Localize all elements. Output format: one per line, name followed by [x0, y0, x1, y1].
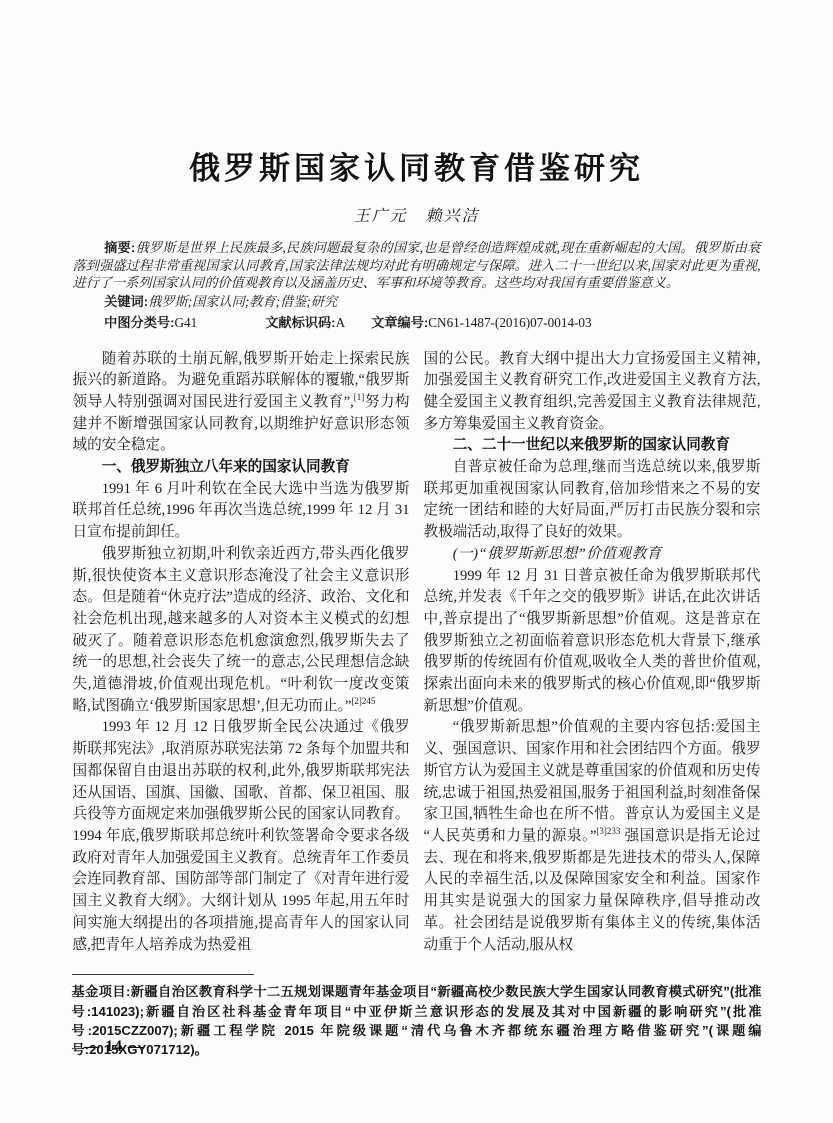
- funding-text: 新疆自治区教育科学十二五规划课题青年基金项目“新疆高校少数民族大学生国家认同教育…: [72, 984, 762, 1057]
- paragraph: 1991 年 6 月叶利钦在全民大选中当选为俄罗斯联邦首任总统,1996 年再次…: [73, 479, 410, 544]
- doccode-label: 文献标识码:: [265, 315, 335, 330]
- footnote-rule: [72, 974, 254, 975]
- paragraph: 1993 年 12 月 12 日俄罗斯全民公决通过《俄罗斯联邦宪法》,取消原苏联…: [73, 717, 410, 956]
- citation-superscript: [2]245: [351, 696, 375, 706]
- page-number: — 14 —: [84, 1038, 144, 1056]
- keywords-text: 俄罗斯;国家认同;教育;借鉴;研究: [148, 294, 337, 309]
- citation-superscript: [3]233: [596, 826, 620, 836]
- abstract: 摘要:俄罗斯是世界上民族最多,民族问题最复杂的国家,也是曾经创造辉煌成就,现在重…: [73, 239, 761, 292]
- subsection-heading: (一)“俄罗斯新思想”价值观教育: [424, 544, 761, 566]
- section-heading: 一、俄罗斯独立八年来的国家认同教育: [73, 457, 410, 479]
- articleid-value: CN61-1487-(2016)07-0014-03: [428, 315, 591, 330]
- paragraph: 1999 年 12 月 31 日普京被任命为俄罗斯联邦代总统,并发表《千年之交的…: [424, 566, 761, 718]
- paragraph: 自普京被任命为总理,继而当选总统以来,俄罗斯联邦更加重视国家认同教育,倍加珍惜来…: [424, 457, 761, 544]
- keywords-label: 关键词:: [104, 294, 148, 309]
- articleid-label: 文章编号:: [371, 315, 428, 330]
- paragraph: “俄罗斯新思想”价值观的主要内容包括:爱国主义、强国意识、国家作用和社会团结四个…: [424, 717, 761, 956]
- keywords: 关键词:俄罗斯;国家认同;教育;借鉴;研究: [73, 293, 761, 311]
- article-title: 俄罗斯国家认同教育借鉴研究: [0, 0, 833, 188]
- abstract-label: 摘要:: [104, 240, 135, 255]
- two-column-body: 随着苏联的土崩瓦解,俄罗斯开始走上探索民族振兴的新道路。为避免重蹈苏联解体的覆辙…: [73, 349, 761, 957]
- section-heading: 二、二十一世纪以来俄罗斯的国家认同教育: [424, 435, 761, 457]
- paragraph: 国的公民。教育大纲中提出大力宣扬爱国主义精神,加强爱国主义教育研究工作,改进爱国…: [424, 349, 761, 436]
- funding-label: 基金项目:: [72, 984, 131, 999]
- clc-label: 中图分类号:: [104, 315, 174, 330]
- paragraph: 俄罗斯独立初期,叶利钦亲近西方,带头西化俄罗斯,很快使资本主义意识形态淹没了社会…: [73, 544, 410, 718]
- paragraph: 随着苏联的土崩瓦解,俄罗斯开始走上探索民族振兴的新道路。为避免重蹈苏联解体的覆辙…: [73, 349, 410, 458]
- journal-article-page: 俄罗斯国家认同教育借鉴研究 王广元 赖兴洁 摘要:俄罗斯是世界上民族最多,民族问…: [0, 0, 833, 1123]
- abstract-text: 俄罗斯是世界上民族最多,民族问题最复杂的国家,也是曾经创造辉煌成就,现在重新崛起…: [73, 240, 761, 290]
- right-column: 国的公民。教育大纲中提出大力宣扬爱国主义精神,加强爱国主义教育研究工作,改进爱国…: [424, 349, 761, 957]
- article-meta-block: 摘要:俄罗斯是世界上民族最多,民族问题最复杂的国家,也是曾经创造辉煌成就,现在重…: [73, 239, 761, 332]
- left-column: 随着苏联的土崩瓦解,俄罗斯开始走上探索民族振兴的新道路。为避免重蹈苏联解体的覆辙…: [73, 349, 410, 957]
- doccode-value: A: [336, 315, 346, 330]
- funding-footnote: 基金项目:新疆自治区教育科学十二五规划课题青年基金项目“新疆高校少数民族大学生国…: [72, 982, 762, 1059]
- classification-line: 中图分类号:G41文献标识码:A文章编号:CN61-1487-(2016)07-…: [73, 314, 761, 332]
- citation-superscript: [1]: [354, 392, 365, 402]
- clc-value: G41: [175, 315, 198, 330]
- article-authors: 王广元 赖兴洁: [0, 203, 833, 226]
